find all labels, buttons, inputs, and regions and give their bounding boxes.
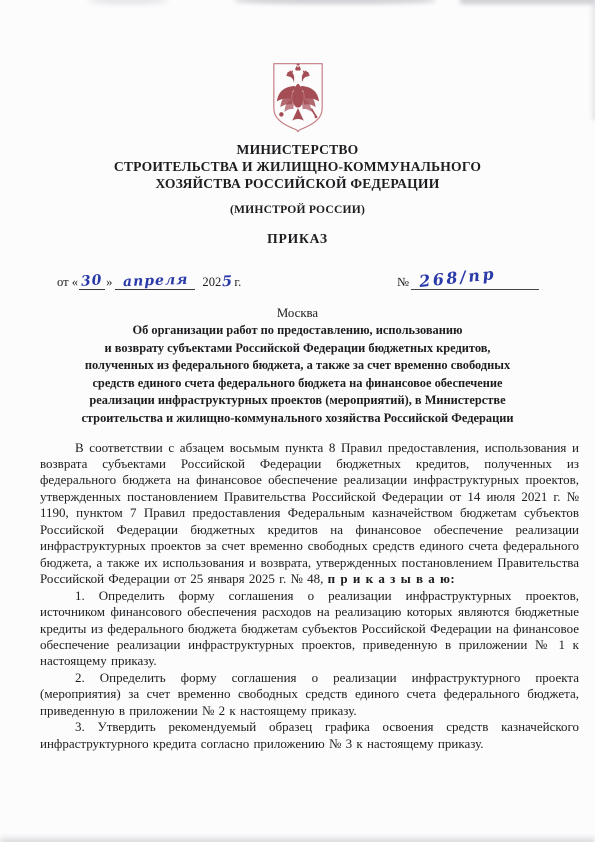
order-body: В соответствии с абзацем восьмым пункта … [40, 440, 579, 753]
date-and-number-row: от «30»апреля2025г. №268/пр [57, 269, 539, 290]
date-closing-quote: » [106, 275, 112, 290]
city-line: Москва [0, 306, 595, 321]
scanned-order-page: МИНИСТЕРСТВО СТРОИТЕЛЬСТВА И ЖИЛИЩНО-КОМ… [0, 0, 595, 842]
order-title-line: средств единого счета федерального бюдже… [0, 375, 595, 393]
date-year-suffix: г. [234, 275, 241, 290]
ministry-name-line: ХОЗЯЙСТВА РОССИЙСКОЙ ФЕДЕРАЦИИ [0, 175, 595, 192]
ministry-name: МИНИСТЕРСТВО СТРОИТЕЛЬСТВА И ЖИЛИЩНО-КОМ… [0, 141, 595, 192]
document-header: МИНИСТЕРСТВО СТРОИТЕЛЬСТВА И ЖИЛИЩНО-КОМ… [0, 0, 595, 247]
coat-of-arms-icon [269, 60, 327, 134]
order-title-line: Об организации работ по предоставлению, … [0, 322, 595, 340]
order-title-line: полученных из федерального бюджета, а та… [0, 357, 595, 375]
document-type-heading: ПРИКАЗ [0, 231, 595, 247]
order-title-line: и возврату субъектами Российской Федерац… [0, 340, 595, 358]
order-item-2: 2. Определить форму соглашения о реализа… [40, 670, 579, 719]
date-prefix: от « [57, 275, 78, 290]
intro-paragraph: В соответствии с абзацем восьмым пункта … [40, 440, 579, 588]
date-year-printed: 202 [202, 275, 221, 290]
handwritten-day: 30 [81, 272, 104, 290]
order-title-line: строительства и жилищно-коммунального хо… [0, 410, 595, 428]
order-item-1: 1. Определить форму соглашения о реализа… [40, 588, 579, 670]
order-title: Об организации работ по предоставлению, … [0, 322, 595, 428]
order-title-line: реализации инфраструктурных проектов (ме… [0, 392, 595, 410]
number-label: № [397, 275, 409, 290]
handwritten-month: апреля [122, 272, 188, 290]
scan-artifact [0, 838, 595, 842]
ministry-name-line: СТРОИТЕЛЬСТВА И ЖИЛИЩНО-КОММУНАЛЬНОГО [0, 158, 595, 175]
handwritten-number: 268/пр [418, 264, 497, 291]
date-day-blank: 30 [79, 273, 105, 290]
handwritten-year-digit: 5 [222, 273, 234, 291]
intro-text: В соответствии с абзацем восьмым пункта … [40, 440, 579, 587]
order-item-3: 3. Утвердить рекомендуемый образец графи… [40, 719, 579, 752]
ministry-short-name: (МИНСТРОЙ РОССИИ) [0, 203, 595, 216]
number-blank: 268/пр [411, 269, 539, 290]
document-number-field: №268/пр [397, 269, 539, 290]
date-month-blank: апреля [115, 273, 195, 290]
date-field: от «30»апреля2025г. [57, 273, 241, 290]
ministry-name-line: МИНИСТЕРСТВО [0, 141, 595, 158]
order-keyword: п р и к а з ы в а ю: [328, 571, 456, 586]
